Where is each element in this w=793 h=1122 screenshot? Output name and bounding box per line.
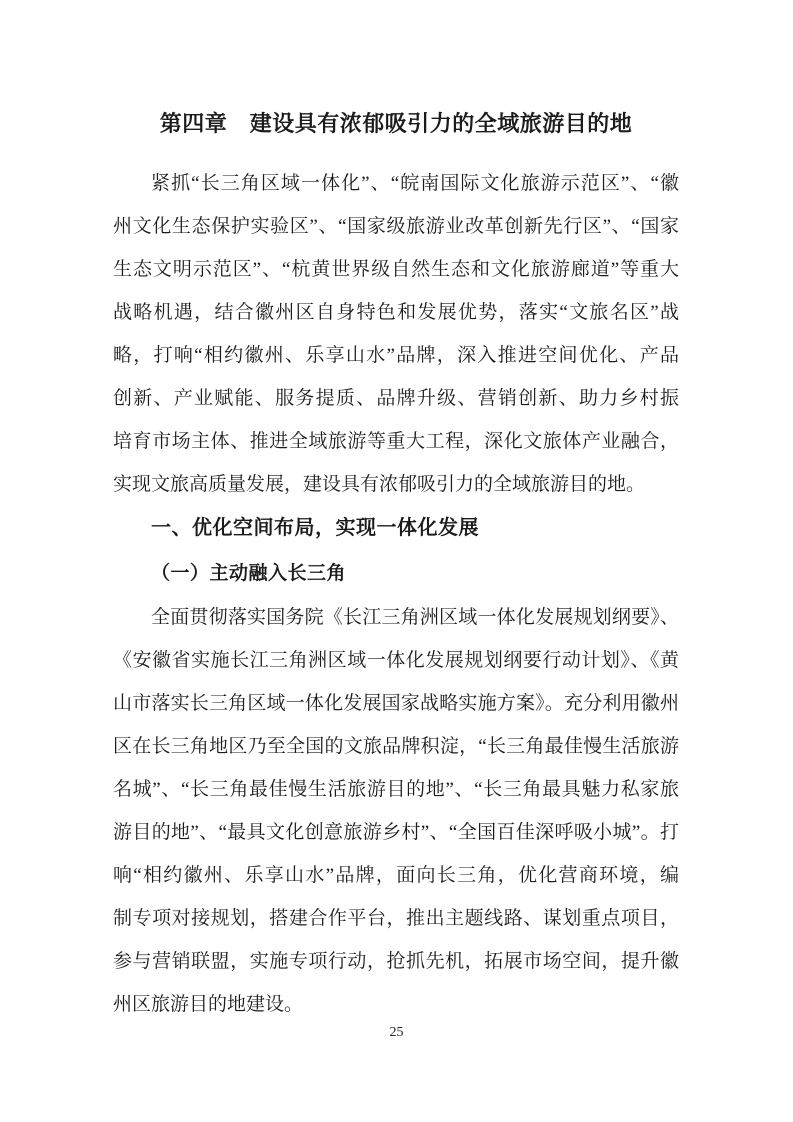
text-line: 响“相约徽州、乐享山水”品牌，面向长三角，优化营商环境，编 bbox=[113, 854, 679, 897]
text-line: 实现文旅高质量发展，建设具有浓郁吸引力的全域旅游目的地。 bbox=[113, 463, 679, 506]
text-line: 紧抓“长三角区域一体化”、“皖南国际文化旅游示范区”、“徽 bbox=[113, 162, 679, 205]
text-line: 州区旅游目的地建设。 bbox=[113, 983, 679, 1026]
page-number: 25 bbox=[0, 1025, 793, 1041]
paragraph: 全面贯彻落实国务院《长江三角洲区域一体化发展规划纲要》、《安徽省实施长江三角洲区… bbox=[113, 596, 679, 1026]
text-line: 山市落实长三角区域一体化发展国家战略实施方案》。充分利用徽州 bbox=[113, 682, 679, 725]
section-heading: 一、优化空间布局，实现一体化发展 bbox=[113, 506, 679, 551]
text-line: 制专项对接规划，搭建合作平台，推出主题线路、谋划重点项目， bbox=[113, 897, 679, 940]
chapter-title: 第四章 建设具有浓郁吸引力的全域旅游目的地 bbox=[113, 102, 679, 146]
document-content: 第四章 建设具有浓郁吸引力的全域旅游目的地 紧抓“长三角区域一体化”、“皖南国际… bbox=[113, 102, 679, 1026]
text-line: 州文化生态保护实验区”、“国家级旅游业改革创新先行区”、“国家 bbox=[113, 205, 679, 248]
text-line: 培育市场主体、推进全域旅游等重大工程，深化文旅体产业融合， bbox=[113, 420, 679, 463]
text-line: 《安徽省实施长江三角洲区域一体化发展规划纲要行动计划》、《黄 bbox=[113, 639, 679, 682]
text-line: 区在长三角地区乃至全国的文旅品牌积淀，“长三角最佳慢生活旅游 bbox=[113, 725, 679, 768]
text-line: 生态文明示范区”、“杭黄世界级自然生态和文化旅游廊道”等重大 bbox=[113, 248, 679, 291]
text-line: 参与营销联盟，实施专项行动，抢抓先机，拓展市场空间，提升徽 bbox=[113, 940, 679, 983]
paragraph: 紧抓“长三角区域一体化”、“皖南国际文化旅游示范区”、“徽州文化生态保护实验区”… bbox=[113, 162, 679, 506]
text-line: 游目的地”、“最具文化创意旅游乡村”、“全国百佳深呼吸小城”。打 bbox=[113, 811, 679, 854]
document-body: 紧抓“长三角区域一体化”、“皖南国际文化旅游示范区”、“徽州文化生态保护实验区”… bbox=[113, 162, 679, 1026]
text-line: 名城”、“长三角最佳慢生活旅游目的地”、“长三角最具魅力私家旅 bbox=[113, 768, 679, 811]
text-line: 战略机遇，结合徽州区自身特色和发展优势，落实“文旅名区”战 bbox=[113, 291, 679, 334]
document-page: 第四章 建设具有浓郁吸引力的全域旅游目的地 紧抓“长三角区域一体化”、“皖南国际… bbox=[0, 0, 793, 1122]
subsection-heading: （一）主动融入长三角 bbox=[113, 551, 679, 596]
text-line: 全面贯彻落实国务院《长江三角洲区域一体化发展规划纲要》、 bbox=[113, 596, 679, 639]
text-line: 略，打响“相约徽州、乐享山水”品牌，深入推进空间优化、产品 bbox=[113, 334, 679, 377]
text-line: 创新、产业赋能、服务提质、品牌升级、营销创新、助力乡村振兴、 bbox=[113, 377, 679, 420]
